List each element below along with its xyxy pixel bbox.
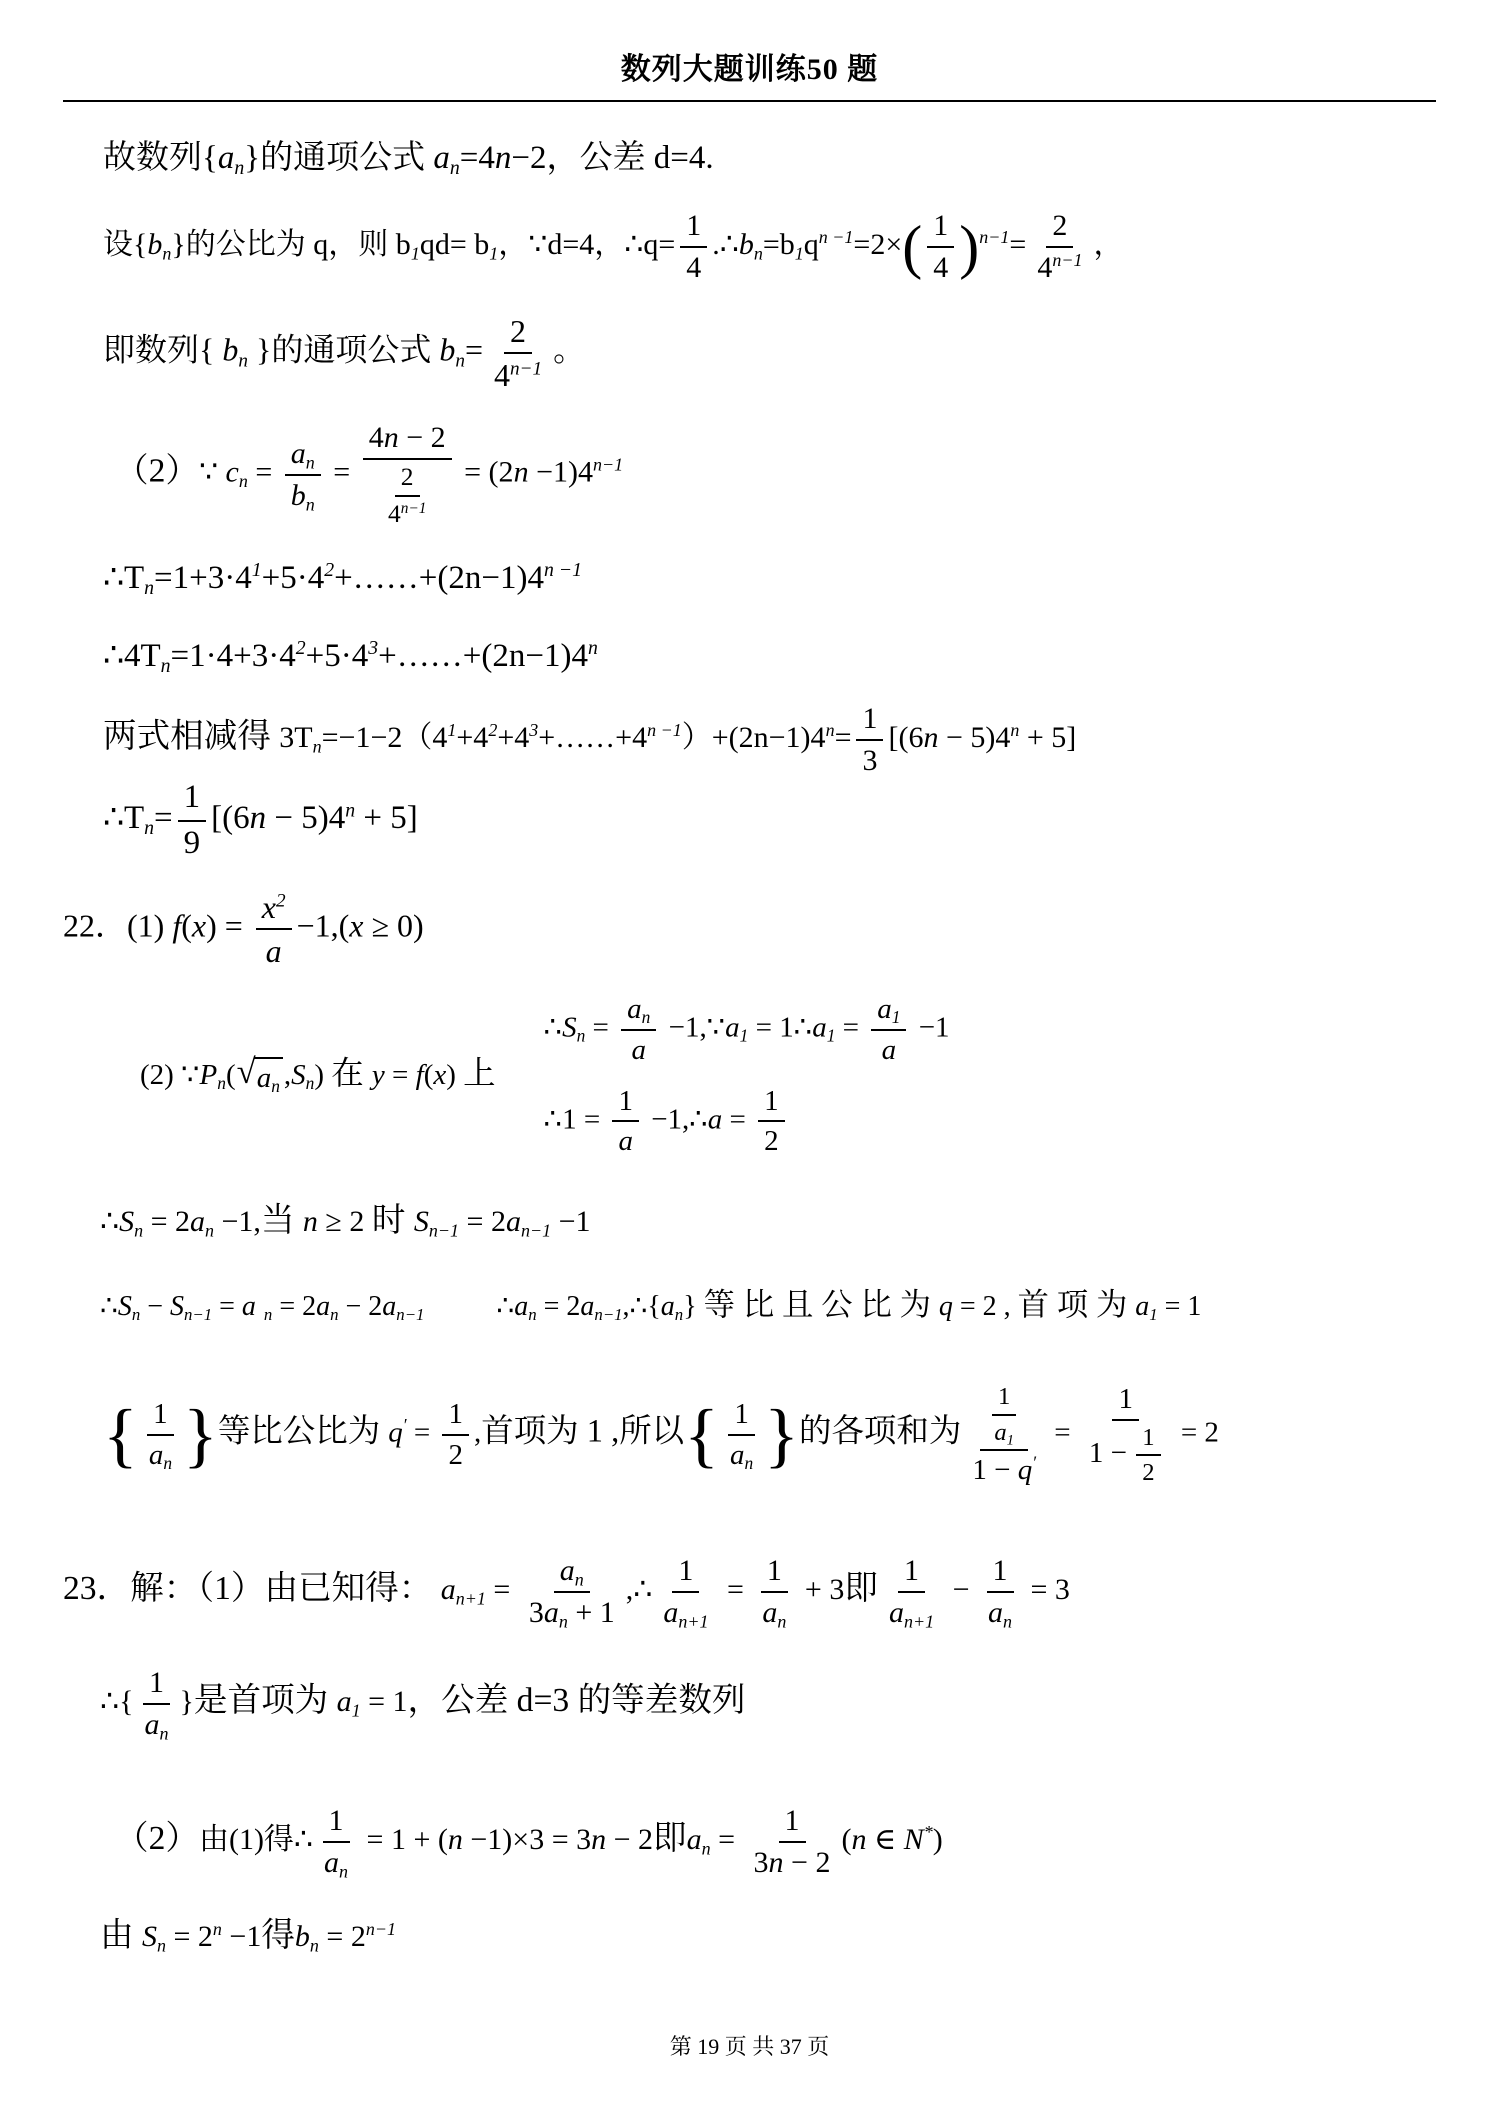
fraction-denominator: an+1 bbox=[657, 1593, 714, 1631]
fraction-denominator: a bbox=[626, 1031, 653, 1068]
cjk-text: 即 bbox=[653, 1820, 687, 1857]
math-text: 2 bbox=[1052, 209, 1067, 242]
math-variable: f bbox=[416, 1059, 424, 1091]
subscript: n−1 bbox=[184, 1305, 212, 1324]
cjk-text: 得 bbox=[261, 1917, 295, 1954]
math-variable: a bbox=[316, 1291, 330, 1322]
subscript: n bbox=[238, 350, 248, 371]
math-text: 4 bbox=[369, 421, 384, 454]
math-text: ) bbox=[446, 1059, 463, 1091]
cjk-text: （2） bbox=[115, 1820, 199, 1857]
subscript: n bbox=[777, 1611, 786, 1631]
subscript: n bbox=[271, 1076, 280, 1096]
subscript: 1 bbox=[352, 1700, 361, 1720]
math-text: 1 bbox=[184, 779, 201, 815]
math-variable: n bbox=[303, 1205, 318, 1238]
fraction: 1an+1 bbox=[883, 1553, 940, 1631]
math-text: − 5)4 bbox=[266, 800, 345, 836]
math-variable: a bbox=[324, 1846, 339, 1879]
big-bracket: ) bbox=[959, 220, 979, 274]
subscript: 1 bbox=[892, 1007, 901, 1027]
math-text: +……+(2n−1)4 bbox=[378, 638, 588, 674]
superscript: 2 bbox=[324, 559, 334, 581]
fraction-numerator: 1 bbox=[779, 1803, 806, 1843]
math-text: = 2 bbox=[143, 1205, 190, 1238]
subscript: n+1 bbox=[456, 1588, 486, 1608]
fraction-denominator: 4n−1 bbox=[1031, 248, 1088, 286]
superscript: n−1 bbox=[401, 499, 427, 516]
math-text: = (2 bbox=[457, 455, 514, 488]
math-text: 1 bbox=[1118, 1383, 1133, 1415]
math-text: +5·4 bbox=[262, 560, 325, 596]
math-variable: S bbox=[170, 1291, 184, 1322]
math-text: + 3 bbox=[797, 1573, 844, 1606]
math-text: ( bbox=[424, 1059, 434, 1091]
math-text: 1 bbox=[329, 1804, 344, 1837]
math-text: = 2 bbox=[1174, 1417, 1219, 1449]
math-variable: n bbox=[769, 1846, 784, 1879]
fraction: x2a bbox=[256, 888, 292, 971]
subscript: n bbox=[310, 1935, 319, 1955]
fraction: 24n−1 bbox=[382, 462, 432, 529]
fraction-numerator: 1 bbox=[992, 1382, 1016, 1416]
math-text: q bbox=[804, 228, 819, 261]
fraction-denominator: an bbox=[982, 1593, 1018, 1631]
math-text: ， bbox=[1093, 228, 1123, 261]
math-text: −1 bbox=[551, 1205, 590, 1238]
math-variable: N bbox=[904, 1823, 924, 1856]
math-text: ∴T bbox=[103, 560, 144, 596]
content-line-l5: ∴Tn=1+3·41+5·42+……+(2n−1)4n −1 bbox=[103, 556, 582, 601]
superscript: n −1 bbox=[544, 559, 582, 581]
math-text: ≥ 0) bbox=[363, 908, 423, 944]
subscript: n−1 bbox=[521, 1220, 551, 1240]
content-line-l8: ∴Tn=19[(6n − 5)4n + 5] bbox=[103, 778, 418, 863]
math-text: 1 bbox=[904, 1554, 919, 1587]
math-variable: a bbox=[762, 1596, 777, 1629]
math-text: − bbox=[945, 1573, 977, 1606]
math-variable: n bbox=[250, 800, 267, 836]
fraction-denominator: 1 − q′ bbox=[966, 1451, 1042, 1488]
math-text: − 2 bbox=[399, 421, 446, 454]
math-text: − 2 bbox=[784, 1846, 831, 1879]
fraction-numerator: 1 bbox=[856, 701, 883, 741]
content-line-l2: 设{bn}的公比为 q，则 b1qd= b1，∵d=4，∴q=14.∴bn=b1… bbox=[103, 208, 1123, 286]
subscript: n bbox=[157, 1935, 166, 1955]
fraction-denominator: a bbox=[260, 930, 288, 970]
subscript: n−1 bbox=[429, 1220, 459, 1240]
math-variable: S bbox=[414, 1205, 429, 1238]
page-number: 第 19 页 共 37 页 bbox=[0, 2030, 1499, 2061]
math-variable: S bbox=[142, 1920, 157, 1953]
cjk-text: 两式相减得 bbox=[103, 718, 279, 755]
fraction-denominator: an bbox=[756, 1593, 792, 1631]
document-body: 故数列{an}的通项公式 an=4n−2，公差 d=4.设{bn}的公比为 q，… bbox=[0, 0, 1499, 2121]
subscript: n bbox=[744, 1453, 753, 1473]
math-text: −1)×3 = 3 bbox=[463, 1823, 591, 1856]
math-text: ) bbox=[314, 1059, 331, 1091]
fraction: 13n − 2 bbox=[748, 1803, 837, 1881]
subscript: n−1 bbox=[594, 1305, 622, 1324]
content-line-l10: (2) ∵Pn(√an,Sn) 在 y = f(x) 上∴Sn = ana −1… bbox=[140, 992, 950, 1159]
math-variable: a bbox=[218, 140, 235, 176]
math-text: ∴ bbox=[100, 1205, 119, 1238]
subscript: n bbox=[528, 1305, 536, 1324]
fraction-denominator: an bbox=[143, 1436, 178, 1473]
math-text: = 2 bbox=[166, 1920, 213, 1953]
math-text: 3T bbox=[279, 721, 312, 754]
fraction-numerator: 1 bbox=[927, 208, 954, 248]
math-text: = bbox=[385, 1059, 416, 1091]
math-variable: a bbox=[514, 1291, 528, 1322]
math-text: = bbox=[154, 800, 173, 836]
subscript: n bbox=[339, 1861, 348, 1881]
math-text: =1+3·4 bbox=[154, 560, 252, 596]
fraction-denominator: bn bbox=[285, 476, 321, 514]
fraction-numerator: an bbox=[554, 1553, 590, 1593]
radicand: an bbox=[254, 1057, 283, 1098]
math-variable: b bbox=[222, 332, 238, 368]
superscript: n bbox=[213, 1919, 222, 1939]
math-text: −1, bbox=[214, 1205, 261, 1238]
cjk-text: 等比公比为 bbox=[218, 1414, 388, 1450]
superscript: n bbox=[345, 799, 355, 821]
fraction: 11 − 12 bbox=[1083, 1382, 1169, 1488]
math-text: =1·4+3·4 bbox=[171, 638, 296, 674]
math-text: 2 bbox=[764, 1125, 779, 1157]
fraction: 14 bbox=[927, 208, 954, 286]
math-text: }的公比为 q，则 b bbox=[171, 228, 410, 261]
subscript: n bbox=[577, 1026, 586, 1046]
math-variable: b bbox=[147, 228, 162, 261]
content-line-l12: ∴Sn − Sn−1 = an = 2an − 2an−1∴an = 2an−1… bbox=[100, 1284, 1201, 1326]
math-variable: n bbox=[514, 455, 529, 488]
math-text: ∴T bbox=[103, 800, 144, 836]
math-text: 1 bbox=[149, 1666, 164, 1699]
math-text: − 2 bbox=[606, 1823, 653, 1856]
math-text: 2 bbox=[401, 462, 414, 491]
math-text: −1,( bbox=[297, 908, 350, 944]
math-text: }的通项公式 bbox=[248, 332, 439, 368]
fraction: an3an + 1 bbox=[523, 1553, 621, 1631]
line-left-part: (2) ∵Pn(√an,Sn) 在 y = f(x) 上 bbox=[140, 1053, 496, 1098]
fraction-numerator: 1 bbox=[143, 1665, 170, 1705]
fraction: 4n − 224n−1 bbox=[363, 420, 452, 529]
superscript: n −1 bbox=[647, 720, 682, 740]
math-text: [(6 bbox=[888, 721, 923, 754]
math-variable: a bbox=[544, 1596, 559, 1629]
content-line-l4: （2）∵ cn = anbn = 4n − 224n−1 = (2n −1)4n… bbox=[115, 420, 623, 529]
fraction-denominator: 9 bbox=[178, 822, 207, 864]
superscript: 2 bbox=[276, 890, 286, 911]
math-text: 4 bbox=[686, 251, 701, 284]
math-text: = bbox=[1009, 228, 1026, 261]
superscript: n−1 bbox=[1052, 250, 1082, 270]
big-bracket: } bbox=[183, 1402, 218, 1467]
math-variable: b bbox=[439, 332, 455, 368]
math-text: 1 bbox=[734, 1398, 749, 1430]
math-text: = 2 , bbox=[953, 1291, 1018, 1322]
math-text: 设{ bbox=[103, 228, 147, 261]
math-text: 1 − bbox=[1089, 1437, 1134, 1469]
math-variable: S bbox=[119, 1205, 134, 1238]
cjk-text: 是首项为 bbox=[194, 1682, 337, 1719]
fraction-numerator: 1 bbox=[728, 1397, 755, 1436]
fraction: 14 bbox=[680, 208, 707, 286]
superscript: n−1 bbox=[510, 359, 542, 380]
superscript: ′ bbox=[1032, 1453, 1036, 1473]
math-variable: a bbox=[882, 1034, 897, 1066]
fraction: 1an bbox=[982, 1553, 1018, 1631]
fraction: a1a bbox=[871, 992, 906, 1068]
math-text: = bbox=[326, 455, 358, 488]
subscript: n bbox=[702, 1838, 711, 1858]
fraction-denominator: 4 bbox=[680, 248, 707, 286]
math-text: = 1 bbox=[361, 1685, 408, 1718]
math-text: 4 bbox=[388, 499, 401, 528]
math-text: 1 bbox=[1142, 1424, 1154, 1451]
math-text: = bbox=[835, 721, 852, 754]
math-variable: a bbox=[812, 1011, 827, 1043]
math-text: = 1 bbox=[1158, 1291, 1202, 1322]
math-text: = 2 bbox=[272, 1291, 316, 1322]
math-text: 即数列{ bbox=[103, 332, 222, 368]
math-text: qd= b bbox=[420, 228, 489, 261]
fraction: 1an bbox=[756, 1553, 792, 1631]
math-text: 1 bbox=[993, 1554, 1008, 1587]
math-variable: n bbox=[448, 1823, 463, 1856]
content-line-l7: 两式相减得 3Tn=−1−2（41+42+43+……+4n −1）+(2n−1)… bbox=[103, 701, 1076, 779]
math-text: = bbox=[720, 1573, 752, 1606]
fraction-numerator: 1 bbox=[1136, 1423, 1160, 1457]
math-text: −1,∴ bbox=[644, 1103, 708, 1135]
math-text: =b bbox=[763, 228, 795, 261]
math-text: = bbox=[486, 1573, 518, 1606]
stacked-formula-row: ∴Sn = ana −1,∵a1 = 1∴a1 = a1a −1 bbox=[544, 992, 950, 1068]
math-variable: a bbox=[190, 1205, 205, 1238]
subscript: n bbox=[559, 1611, 568, 1631]
fraction-denominator: 1 − 12 bbox=[1083, 1421, 1169, 1488]
math-variable: a bbox=[618, 1125, 633, 1157]
math-text: ( bbox=[841, 1823, 851, 1856]
math-variable: q bbox=[1018, 1454, 1033, 1486]
subscript: n bbox=[132, 1305, 140, 1324]
math-text: −1 bbox=[222, 1920, 261, 1953]
math-variable: a bbox=[145, 1708, 160, 1741]
math-variable: P bbox=[200, 1059, 218, 1091]
fraction: 1an bbox=[318, 1803, 354, 1881]
math-variable: a bbox=[994, 1419, 1006, 1446]
math-variable: a bbox=[433, 140, 450, 176]
math-text: ≥ 2 bbox=[318, 1205, 372, 1238]
subscript: 1 bbox=[489, 243, 498, 263]
fraction-numerator: 1 bbox=[761, 1553, 788, 1593]
math-variable: a bbox=[382, 1291, 396, 1322]
math-text: ∴1 = bbox=[544, 1103, 608, 1135]
fraction: 1a1 bbox=[988, 1382, 1020, 1447]
math-text: 2 bbox=[1142, 1459, 1154, 1486]
subscript: n bbox=[754, 243, 763, 263]
math-variable: a bbox=[889, 1596, 904, 1629]
subscript: n bbox=[217, 1073, 226, 1093]
fraction-denominator: an bbox=[318, 1843, 354, 1881]
math-text: = bbox=[212, 1291, 242, 1322]
math-variable: a bbox=[730, 1439, 745, 1471]
math-text: ( bbox=[226, 1059, 236, 1091]
math-text: =2× bbox=[853, 228, 902, 261]
superscript: n−1 bbox=[366, 1919, 396, 1939]
math-variable: a bbox=[663, 1596, 678, 1629]
math-variable: S bbox=[291, 1059, 306, 1091]
subscript: n bbox=[450, 157, 460, 179]
math-variable: b bbox=[739, 228, 754, 261]
math-text: ∴{ bbox=[100, 1685, 134, 1718]
fraction-numerator: 4n − 2 bbox=[363, 420, 452, 460]
cjk-text: ，公差 d=3 的等差数列 bbox=[408, 1682, 746, 1719]
math-text: ，∵d=4，∴q= bbox=[498, 228, 675, 261]
fraction-denominator: 3an + 1 bbox=[523, 1593, 621, 1631]
content-line-l6: ∴4Tn=1·4+3·42+5·43+……+(2n−1)4n bbox=[103, 634, 598, 679]
math-text: = 2 bbox=[319, 1920, 366, 1953]
math-variable: a bbox=[337, 1685, 352, 1718]
stacked-formula-row: ∴1 = 1a −1,∴a = 12 bbox=[544, 1084, 950, 1160]
math-text: ∴ bbox=[496, 1291, 514, 1322]
cjk-text: 上 bbox=[463, 1056, 495, 1092]
math-variable: a bbox=[627, 993, 642, 1025]
superscript: n −1 bbox=[819, 227, 854, 247]
fraction: 1an+1 bbox=[657, 1553, 714, 1631]
math-text: + 5] bbox=[1019, 721, 1076, 754]
superscript: 2 bbox=[296, 637, 306, 659]
math-text: 3 bbox=[529, 1596, 544, 1629]
math-text: − 5)4 bbox=[938, 721, 1010, 754]
fraction-numerator: 2 bbox=[504, 312, 532, 354]
content-line-l3: 即数列{ bn }的通项公式 bn=24n−1。 bbox=[103, 312, 585, 395]
fraction-numerator: 1 bbox=[442, 1397, 469, 1436]
math-variable: a bbox=[725, 1011, 740, 1043]
fraction-denominator: 2 bbox=[442, 1436, 469, 1473]
content-line-l1: 故数列{an}的通项公式 an=4n−2，公差 d=4. bbox=[103, 136, 714, 181]
big-bracket: ( bbox=[902, 220, 922, 274]
math-text: − 2 bbox=[339, 1291, 383, 1322]
math-text: 。 bbox=[553, 332, 585, 368]
math-text: +……+(2n−1)4 bbox=[334, 560, 544, 596]
math-text: ) bbox=[933, 1823, 943, 1856]
subscript: n bbox=[205, 1220, 214, 1240]
fraction-numerator: a1 bbox=[871, 992, 906, 1031]
math-variable: a bbox=[242, 1291, 256, 1322]
math-variable: q bbox=[388, 1417, 403, 1449]
math-text: = bbox=[465, 332, 483, 368]
math-variable: n bbox=[851, 1823, 866, 1856]
fraction-denominator: an bbox=[724, 1436, 759, 1473]
fraction: 19 bbox=[178, 778, 207, 863]
math-text: .∴ bbox=[712, 228, 739, 261]
math-text: 2 bbox=[510, 313, 526, 349]
math-text: ∴4T bbox=[103, 638, 161, 674]
math-text: ∴ bbox=[100, 1291, 118, 1322]
math-variable: a bbox=[149, 1439, 164, 1471]
subscript: n bbox=[1003, 1611, 1012, 1631]
document-page: 数列大题训练50 题 故数列{an}的通项公式 an=4n−2，公差 d=4.设… bbox=[0, 0, 1499, 2121]
superscript: n bbox=[826, 720, 835, 740]
content-line-l14: 23．解：（1）由已知得： an+1 = an3an + 1,∴1an+1 = … bbox=[63, 1553, 1070, 1631]
fraction-numerator: an bbox=[621, 992, 656, 1031]
math-variable: x bbox=[349, 908, 363, 944]
content-line-l9: 22．(1) f(x) = x2a−1,(x ≥ 0) bbox=[63, 888, 424, 971]
math-variable: n bbox=[384, 421, 399, 454]
subscript: n bbox=[313, 736, 322, 756]
line-right-part: ∴Sn = ana −1,∵a1 = 1∴a1 = a1a −1∴1 = 1a … bbox=[544, 992, 950, 1159]
math-text: 4 bbox=[933, 251, 948, 284]
subscript: n bbox=[134, 1220, 143, 1240]
fraction-numerator: 1 bbox=[147, 1397, 174, 1436]
math-text: = 2 bbox=[537, 1291, 581, 1322]
math-text: ∵ bbox=[199, 455, 226, 488]
content-line-l11: ∴Sn = 2an −1,当 n ≥ 2 时 Sn−1 = 2an−1 −1 bbox=[100, 1198, 591, 1243]
math-text: = 1∴ bbox=[748, 1011, 812, 1043]
subscript: n+1 bbox=[904, 1611, 934, 1631]
math-text: 1 bbox=[767, 1554, 782, 1587]
subscript: 1 bbox=[795, 243, 804, 263]
fraction: 1a bbox=[612, 1084, 639, 1160]
math-text: 2 bbox=[448, 1439, 463, 1471]
subscript: 1 bbox=[411, 243, 420, 263]
superscript: 3 bbox=[368, 637, 378, 659]
fraction-denominator: a bbox=[612, 1122, 639, 1159]
subscript: n bbox=[675, 1305, 683, 1324]
math-variable: b bbox=[291, 479, 306, 512]
math-variable: c bbox=[226, 455, 239, 488]
math-variable: n bbox=[923, 721, 938, 754]
math-text: 4 bbox=[494, 357, 510, 393]
math-text: } bbox=[683, 1291, 703, 1322]
radical-icon: √ bbox=[237, 1056, 256, 1087]
subscript: n bbox=[234, 157, 244, 179]
subscript: n−1 bbox=[396, 1305, 424, 1324]
superscript: n−1 bbox=[979, 227, 1009, 247]
big-bracket: { bbox=[103, 1402, 138, 1467]
math-text: = bbox=[722, 1103, 753, 1135]
math-text: = 2 bbox=[459, 1205, 506, 1238]
math-text: = bbox=[585, 1011, 616, 1043]
math-text: 3 bbox=[754, 1846, 769, 1879]
subscript: n bbox=[144, 817, 154, 839]
fraction-numerator: an bbox=[285, 436, 321, 476]
fraction-numerator: x2 bbox=[256, 888, 292, 930]
subscript: n bbox=[163, 1453, 172, 1473]
superscript: * bbox=[924, 1822, 933, 1842]
math-text: 3 bbox=[862, 744, 877, 777]
math-variable: S bbox=[118, 1291, 132, 1322]
big-bracket: { bbox=[684, 1402, 719, 1467]
math-text: =4 bbox=[460, 140, 495, 176]
content-line-l17: 由 Sn = 2n −1得bn = 2n−1 bbox=[100, 1913, 396, 1958]
math-variable: S bbox=[562, 1011, 577, 1043]
math-text: ∈ bbox=[866, 1823, 903, 1856]
math-variable: a bbox=[708, 1103, 723, 1135]
math-variable: a bbox=[580, 1291, 594, 1322]
subscript: n bbox=[161, 655, 171, 677]
fraction: 1an bbox=[724, 1397, 759, 1473]
fraction-denominator: a1 bbox=[988, 1416, 1020, 1448]
math-text: [(6 bbox=[211, 800, 249, 836]
fraction-numerator: 1 bbox=[1112, 1382, 1139, 1421]
fraction: 1an bbox=[143, 1397, 178, 1473]
math-text: 4 bbox=[1037, 251, 1052, 284]
math-text: −1 bbox=[911, 1011, 949, 1043]
fraction: 24n−1 bbox=[488, 312, 548, 395]
